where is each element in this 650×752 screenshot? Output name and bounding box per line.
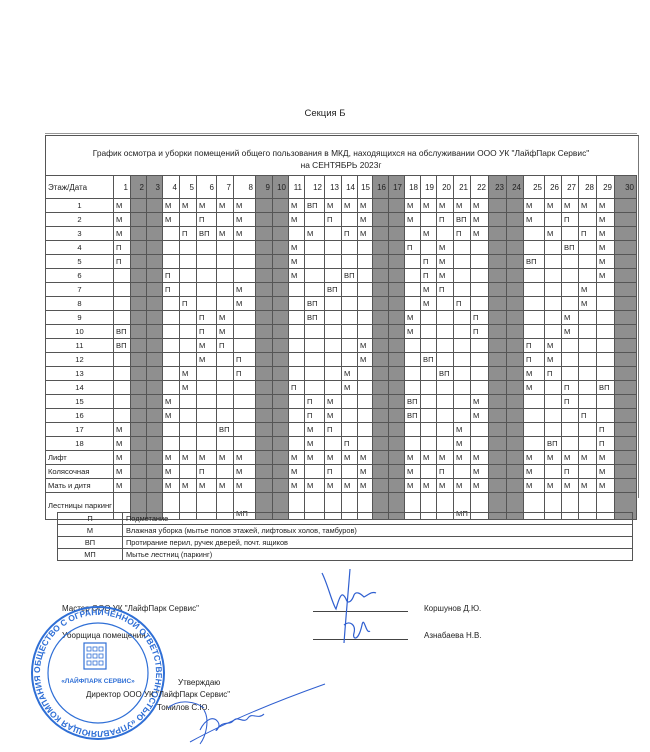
row-label: 6 xyxy=(46,269,114,283)
schedule-cell xyxy=(163,353,180,367)
schedule-cell xyxy=(163,311,180,325)
schedule-cell: М xyxy=(437,255,454,269)
schedule-cell xyxy=(234,325,256,339)
schedule-cell xyxy=(197,437,217,451)
schedule-cell xyxy=(163,339,180,353)
schedule-cell xyxy=(507,367,524,381)
schedule-cell xyxy=(579,269,597,283)
title-line-2: на СЕНТЯБРЬ 2023г xyxy=(45,159,637,171)
schedule-cell xyxy=(147,409,163,423)
schedule-cell xyxy=(545,465,562,479)
schedule-cell: ВП xyxy=(114,325,131,339)
schedule-cell xyxy=(373,423,389,437)
schedule-cell xyxy=(489,297,507,311)
schedule-cell xyxy=(256,367,273,381)
master-name: Коршунов Д.Ю. xyxy=(424,604,481,613)
schedule-cell: М xyxy=(325,451,342,465)
schedule-cell xyxy=(579,367,597,381)
schedule-cell: М xyxy=(197,353,217,367)
schedule-cell xyxy=(131,241,147,255)
schedule-cell xyxy=(131,297,147,311)
schedule-cell: М xyxy=(180,381,197,395)
schedule-cell xyxy=(524,437,545,451)
schedule-cell xyxy=(524,269,545,283)
schedule-cell xyxy=(180,241,197,255)
schedule-cell xyxy=(305,381,325,395)
schedule-cell xyxy=(489,451,507,465)
schedule-cell xyxy=(325,311,342,325)
schedule-cell xyxy=(305,465,325,479)
schedule-cell xyxy=(342,339,358,353)
schedule-cell xyxy=(507,241,524,255)
schedule-cell: М xyxy=(114,479,131,493)
schedule-cell xyxy=(131,465,147,479)
schedule-cell xyxy=(256,325,273,339)
schedule-cell xyxy=(405,227,421,241)
schedule-cell: ВП xyxy=(454,213,471,227)
schedule-cell xyxy=(273,269,289,283)
schedule-cell xyxy=(454,269,471,283)
schedule-cell xyxy=(524,227,545,241)
schedule-cell xyxy=(131,479,147,493)
schedule-cell: М xyxy=(597,213,615,227)
schedule-cell xyxy=(615,199,637,213)
schedule-cell xyxy=(489,381,507,395)
schedule-cell: ВП xyxy=(305,199,325,213)
schedule-cell: П xyxy=(114,241,131,255)
schedule-cell xyxy=(131,381,147,395)
schedule-cell xyxy=(373,227,389,241)
schedule-cell: П xyxy=(305,395,325,409)
schedule-cell xyxy=(507,325,524,339)
schedule-cell: П xyxy=(289,381,305,395)
day-header: 4 xyxy=(163,176,180,199)
schedule-cell xyxy=(615,451,637,465)
schedule-cell xyxy=(289,395,305,409)
schedule-cell: П xyxy=(234,367,256,381)
schedule-cell xyxy=(562,423,579,437)
schedule-cell xyxy=(389,283,405,297)
schedule-cell: М xyxy=(114,227,131,241)
schedule-cell xyxy=(180,353,197,367)
schedule-cell xyxy=(373,451,389,465)
schedule-cell xyxy=(597,325,615,339)
schedule-row: 10ВППММПМ xyxy=(46,325,637,339)
schedule-cell xyxy=(421,381,437,395)
schedule-cell xyxy=(615,395,637,409)
schedule-cell xyxy=(114,381,131,395)
schedule-cell: М xyxy=(471,479,489,493)
schedule-cell: М xyxy=(305,479,325,493)
schedule-cell: М xyxy=(197,451,217,465)
schedule-cell xyxy=(545,311,562,325)
schedule-cell xyxy=(289,409,305,423)
schedule-cell xyxy=(342,311,358,325)
schedule-cell: ВП xyxy=(325,283,342,297)
day-header: 5 xyxy=(180,176,197,199)
schedule-cell xyxy=(273,479,289,493)
schedule-cell xyxy=(615,213,637,227)
schedule-cell xyxy=(389,325,405,339)
schedule-cell xyxy=(147,479,163,493)
day-header: 8 xyxy=(234,176,256,199)
schedule-cell: М xyxy=(454,451,471,465)
schedule-row: ЛифтМММММММММММММММММММММ xyxy=(46,451,637,465)
legend-description: Влажная уборка (мытье полов этажей, лифт… xyxy=(123,525,633,537)
schedule-cell: П xyxy=(197,325,217,339)
schedule-cell: М xyxy=(524,381,545,395)
schedule-cell: М xyxy=(325,479,342,493)
day-header: 15 xyxy=(358,176,373,199)
schedule-cell: М xyxy=(289,465,305,479)
schedule-cell: П xyxy=(305,409,325,423)
schedule-cell xyxy=(163,297,180,311)
schedule-row: 8ПМВПМПМ xyxy=(46,297,637,311)
schedule-cell xyxy=(358,409,373,423)
schedule-cell xyxy=(405,367,421,381)
schedule-cell xyxy=(234,395,256,409)
schedule-cell: П xyxy=(180,227,197,241)
schedule-cell: М xyxy=(597,255,615,269)
schedule-cell xyxy=(545,395,562,409)
schedule-cell xyxy=(579,241,597,255)
section-title: Секция Б xyxy=(0,108,650,119)
schedule-cell xyxy=(358,381,373,395)
schedule-cell: М xyxy=(289,479,305,493)
schedule-cell: М xyxy=(579,283,597,297)
schedule-cell: П xyxy=(217,339,234,353)
schedule-cell xyxy=(437,311,454,325)
schedule-cell xyxy=(289,339,305,353)
schedule-cell: М xyxy=(454,423,471,437)
schedule-cell: М xyxy=(234,451,256,465)
schedule-cell xyxy=(342,325,358,339)
schedule-cell: М xyxy=(217,199,234,213)
schedule-cell xyxy=(454,367,471,381)
schedule-cell xyxy=(489,395,507,409)
schedule-cell xyxy=(471,381,489,395)
schedule-cell xyxy=(389,437,405,451)
schedule-cell xyxy=(545,409,562,423)
header-label: Этаж/Дата xyxy=(46,176,114,199)
schedule-cell xyxy=(147,437,163,451)
schedule-cell: М xyxy=(163,409,180,423)
schedule-cell: М xyxy=(114,213,131,227)
schedule-row: Мать и дитяМММММММММММММММММММММ xyxy=(46,479,637,493)
schedule-cell: ВП xyxy=(305,297,325,311)
schedule-cell xyxy=(180,423,197,437)
schedule-cell xyxy=(421,311,437,325)
schedule-cell xyxy=(256,213,273,227)
row-label: 3 xyxy=(46,227,114,241)
schedule-cell xyxy=(234,409,256,423)
schedule-cell xyxy=(545,325,562,339)
day-header: 30 xyxy=(615,176,637,199)
schedule-cell xyxy=(256,311,273,325)
schedule-cell xyxy=(507,213,524,227)
schedule-cell: М xyxy=(358,213,373,227)
schedule-cell xyxy=(147,367,163,381)
schedule-cell xyxy=(305,269,325,283)
schedule-cell xyxy=(562,437,579,451)
schedule-cell xyxy=(114,283,131,297)
day-header: 14 xyxy=(342,176,358,199)
day-header: 3 xyxy=(147,176,163,199)
legend-row: МВлажная уборка (мытье полов этажей, лиф… xyxy=(58,525,633,537)
schedule-cell xyxy=(197,269,217,283)
schedule-cell: ВП xyxy=(197,227,217,241)
schedule-cell: М xyxy=(217,479,234,493)
schedule-cell xyxy=(471,437,489,451)
schedule-cell xyxy=(256,451,273,465)
schedule-cell xyxy=(114,311,131,325)
schedule-cell: М xyxy=(163,395,180,409)
schedule-cell xyxy=(217,213,234,227)
schedule-cell xyxy=(405,297,421,311)
schedule-cell: М xyxy=(471,465,489,479)
day-header: 20 xyxy=(437,176,454,199)
schedule-cell xyxy=(147,269,163,283)
schedule-cell xyxy=(273,199,289,213)
schedule-cell xyxy=(234,255,256,269)
schedule-cell xyxy=(234,311,256,325)
schedule-cell xyxy=(579,255,597,269)
schedule-cell xyxy=(289,283,305,297)
schedule-cell xyxy=(471,367,489,381)
schedule-cell xyxy=(358,241,373,255)
schedule-cell xyxy=(217,353,234,367)
schedule-cell xyxy=(342,241,358,255)
schedule-cell xyxy=(437,353,454,367)
header-row: Этаж/Дата1234567891011121314151617181920… xyxy=(46,176,637,199)
schedule-cell: П xyxy=(325,213,342,227)
schedule-cell xyxy=(454,283,471,297)
schedule-cell xyxy=(114,395,131,409)
schedule-row: 11ВПМПМПМ xyxy=(46,339,637,353)
schedule-cell: М xyxy=(217,227,234,241)
schedule-cell xyxy=(256,353,273,367)
schedule-cell xyxy=(471,241,489,255)
schedule-cell: М xyxy=(545,339,562,353)
schedule-cell xyxy=(217,255,234,269)
schedule-cell xyxy=(579,213,597,227)
schedule-cell: М xyxy=(597,227,615,241)
row-label: Мать и дитя xyxy=(46,479,114,493)
schedule-cell: М xyxy=(597,269,615,283)
schedule-cell xyxy=(389,367,405,381)
schedule-cell: М xyxy=(562,199,579,213)
schedule-cell xyxy=(197,423,217,437)
schedule-cell xyxy=(197,395,217,409)
schedule-cell: П xyxy=(597,437,615,451)
schedule-cell xyxy=(289,297,305,311)
schedule-cell: М xyxy=(289,451,305,465)
schedule-cell xyxy=(289,437,305,451)
schedule-cell xyxy=(256,255,273,269)
schedule-cell xyxy=(507,479,524,493)
schedule-cell xyxy=(234,339,256,353)
schedule-cell: М xyxy=(597,479,615,493)
schedule-cell xyxy=(597,339,615,353)
schedule-cell xyxy=(507,283,524,297)
legend-description: Мытье лестниц (паркинг) xyxy=(123,549,633,561)
schedule-cell: П xyxy=(342,227,358,241)
schedule-cell xyxy=(507,437,524,451)
schedule-cell xyxy=(421,465,437,479)
day-header: 6 xyxy=(197,176,217,199)
schedule-cell xyxy=(579,465,597,479)
schedule-cell xyxy=(358,269,373,283)
schedule-cell: М xyxy=(579,451,597,465)
schedule-cell: М xyxy=(358,465,373,479)
legend-row: МПМытье лестниц (паркинг) xyxy=(58,549,633,561)
schedule-row: 12МПМВППМ xyxy=(46,353,637,367)
schedule-cell xyxy=(507,451,524,465)
day-header: 11 xyxy=(289,176,305,199)
schedule-cell xyxy=(373,325,389,339)
schedule-cell: М xyxy=(454,199,471,213)
schedule-cell: М xyxy=(579,297,597,311)
schedule-cell xyxy=(256,241,273,255)
schedule-cell xyxy=(373,199,389,213)
schedule-cell xyxy=(405,381,421,395)
schedule-cell xyxy=(562,297,579,311)
schedule-cell xyxy=(615,325,637,339)
schedule-cell xyxy=(217,381,234,395)
schedule-cell xyxy=(131,423,147,437)
schedule-cell xyxy=(437,395,454,409)
schedule-cell xyxy=(358,283,373,297)
schedule-cell xyxy=(273,395,289,409)
schedule-cell: П xyxy=(562,381,579,395)
schedule-cell: М xyxy=(342,381,358,395)
schedule-cell xyxy=(325,241,342,255)
cleaning-schedule-table: Этаж/Дата1234567891011121314151617181920… xyxy=(45,175,637,520)
legend-description: Протирание перил, ручек дверей, почт. ящ… xyxy=(123,537,633,549)
schedule-cell xyxy=(579,311,597,325)
schedule-cell xyxy=(507,381,524,395)
day-header: 10 xyxy=(273,176,289,199)
schedule-cell xyxy=(507,227,524,241)
schedule-cell: М xyxy=(437,269,454,283)
schedule-cell xyxy=(273,353,289,367)
schedule-cell xyxy=(147,381,163,395)
schedule-cell xyxy=(305,283,325,297)
schedule-cell: П xyxy=(342,437,358,451)
schedule-cell xyxy=(163,227,180,241)
schedule-cell xyxy=(597,311,615,325)
schedule-cell: М xyxy=(405,311,421,325)
schedule-cell xyxy=(489,227,507,241)
schedule-cell xyxy=(489,213,507,227)
schedule-cell xyxy=(615,297,637,311)
schedule-cell xyxy=(147,451,163,465)
schedule-cell xyxy=(131,283,147,297)
schedule-cell xyxy=(471,339,489,353)
schedule-cell: П xyxy=(325,423,342,437)
schedule-cell: М xyxy=(289,255,305,269)
schedule-cell xyxy=(256,479,273,493)
schedule-row: 6ПМВППММ xyxy=(46,269,637,283)
schedule-cell xyxy=(163,367,180,381)
schedule-cell xyxy=(325,255,342,269)
schedule-cell xyxy=(471,297,489,311)
schedule-cell: М xyxy=(342,451,358,465)
schedule-cell xyxy=(507,269,524,283)
schedule-cell xyxy=(180,311,197,325)
schedule-cell xyxy=(358,395,373,409)
schedule-cell xyxy=(234,269,256,283)
day-header: 16 xyxy=(373,176,389,199)
schedule-cell: М xyxy=(197,199,217,213)
schedule-cell xyxy=(389,311,405,325)
schedule-row: 17МВПМПМП xyxy=(46,423,637,437)
schedule-cell xyxy=(471,255,489,269)
schedule-cell: М xyxy=(358,199,373,213)
schedule-cell: ВП xyxy=(524,255,545,269)
schedule-cell xyxy=(437,409,454,423)
schedule-cell xyxy=(234,437,256,451)
schedule-cell xyxy=(579,325,597,339)
schedule-cell: М xyxy=(114,465,131,479)
schedule-row: 2ММПММПММПВПММПМ xyxy=(46,213,637,227)
schedule-cell xyxy=(562,283,579,297)
schedule-cell: П xyxy=(454,297,471,311)
row-label: 2 xyxy=(46,213,114,227)
schedule-cell xyxy=(373,269,389,283)
schedule-cell xyxy=(217,437,234,451)
schedule-cell: М xyxy=(305,423,325,437)
schedule-cell xyxy=(273,213,289,227)
schedule-cell: М xyxy=(524,213,545,227)
schedule-cell xyxy=(507,409,524,423)
schedule-cell: П xyxy=(471,325,489,339)
legend-description: Подметание xyxy=(123,513,633,525)
schedule-cell xyxy=(373,353,389,367)
schedule-cell: М xyxy=(524,367,545,381)
schedule-cell: М xyxy=(421,297,437,311)
schedule-cell xyxy=(114,269,131,283)
schedule-cell xyxy=(131,213,147,227)
schedule-cell xyxy=(180,409,197,423)
schedule-cell xyxy=(147,311,163,325)
schedule-cell xyxy=(163,325,180,339)
schedule-cell xyxy=(579,437,597,451)
schedule-cell xyxy=(597,395,615,409)
schedule-cell: П xyxy=(579,409,597,423)
schedule-cell xyxy=(305,213,325,227)
schedule-cell xyxy=(256,297,273,311)
schedule-cell: М xyxy=(217,311,234,325)
schedule-cell xyxy=(273,311,289,325)
schedule-cell xyxy=(234,381,256,395)
schedule-row: 5ПМПМВПМ xyxy=(46,255,637,269)
schedule-cell xyxy=(373,283,389,297)
schedule-cell: М xyxy=(234,479,256,493)
day-header: 18 xyxy=(405,176,421,199)
schedule-cell xyxy=(373,479,389,493)
schedule-cell: М xyxy=(597,199,615,213)
schedule-cell xyxy=(545,241,562,255)
schedule-cell: М xyxy=(471,409,489,423)
schedule-cell xyxy=(489,367,507,381)
schedule-cell xyxy=(562,339,579,353)
schedule-cell xyxy=(579,339,597,353)
schedule-cell: М xyxy=(180,479,197,493)
schedule-cell xyxy=(217,269,234,283)
schedule-cell: М xyxy=(163,199,180,213)
schedule-cell xyxy=(163,437,180,451)
